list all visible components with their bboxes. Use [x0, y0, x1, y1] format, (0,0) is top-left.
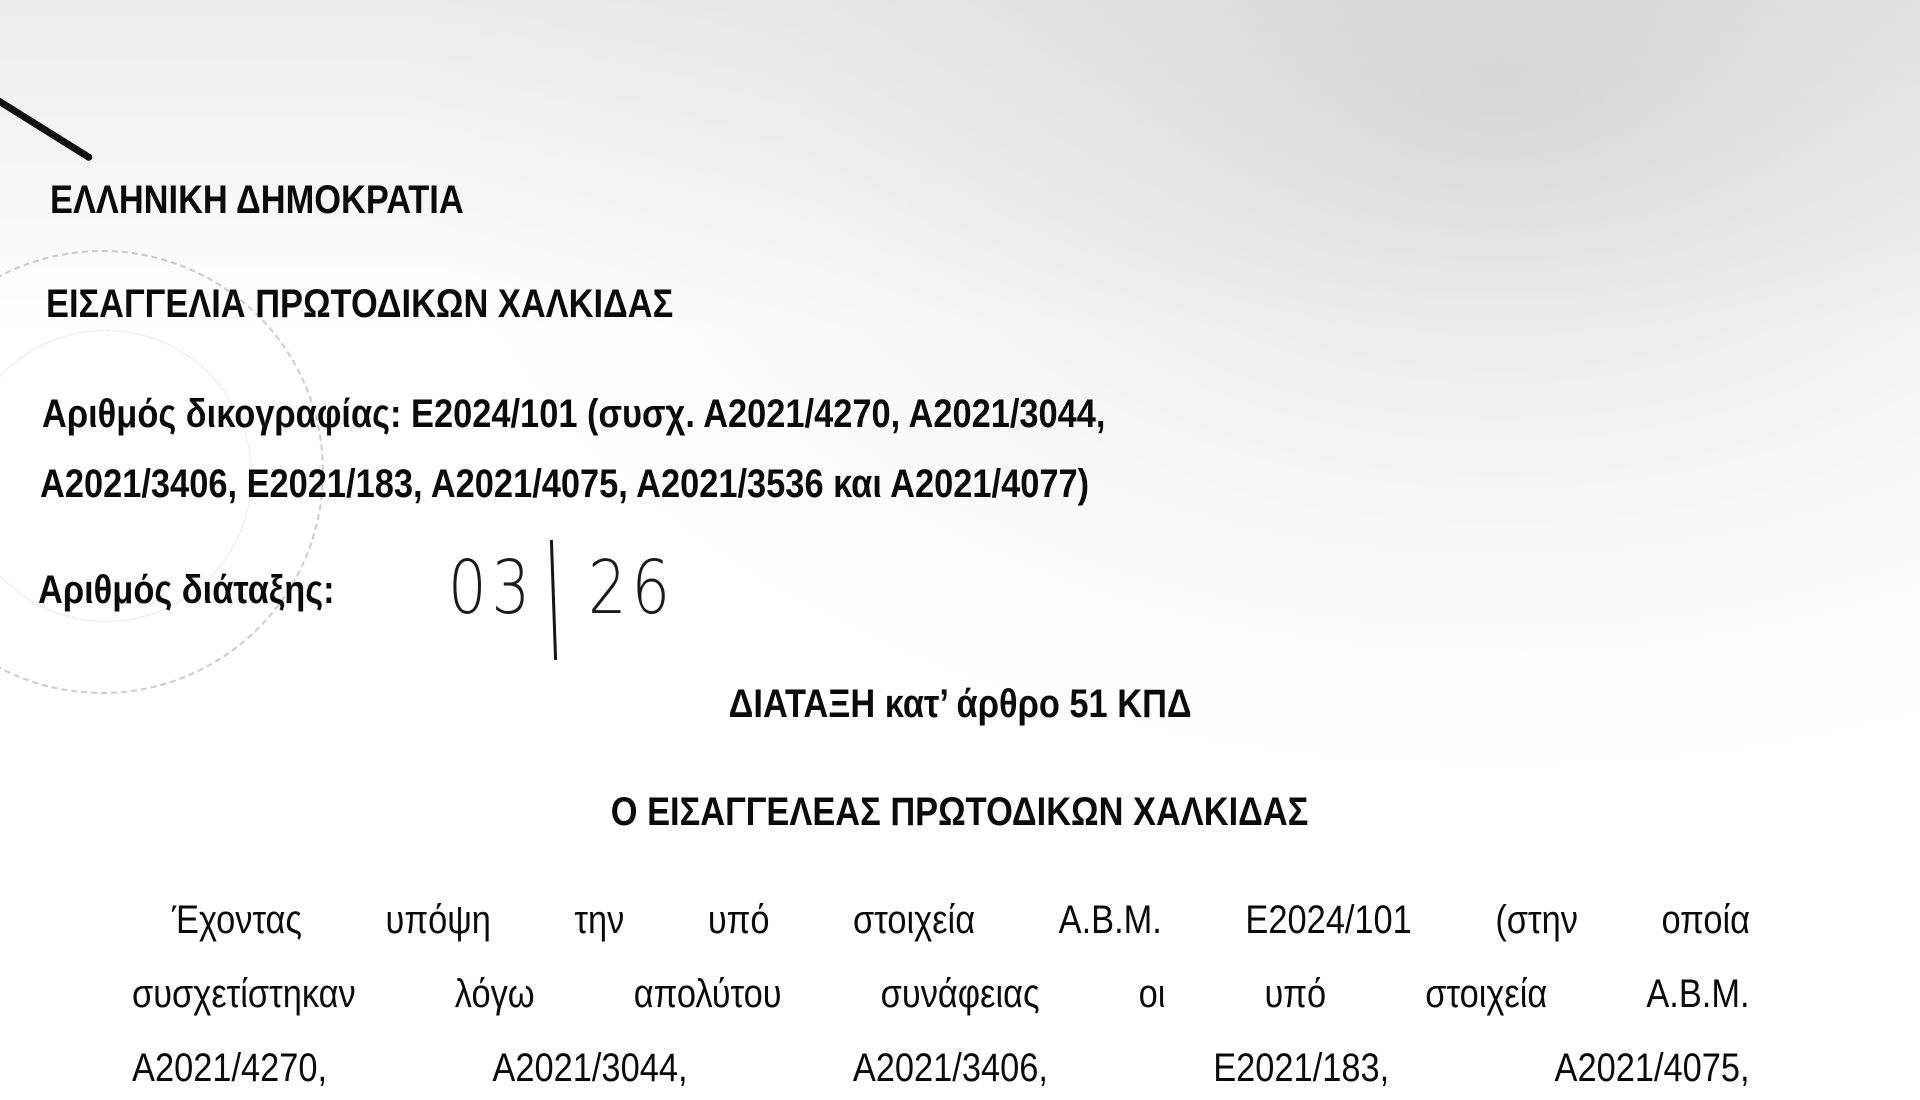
body-word: (στην [1495, 898, 1578, 943]
order-number-handwritten-left: 03 [448, 545, 535, 631]
body-word: οποία [1661, 898, 1750, 943]
header-office: ΕΙΣΑΓΓΕΛΙΑ ΠΡΩΤΟΔΙΚΩΝ ΧΑΛΚΙΔΑΣ [46, 282, 673, 327]
case-file-line-2: Α2021/3406, Ε2021/183, Α2021/4075, Α2021… [40, 462, 1089, 507]
body-word: στοιχεία [1425, 972, 1547, 1017]
document-title-text: ΔΙΑΤΑΞΗ κατ’ άρθρο 51 ΚΠΔ [729, 682, 1192, 727]
case-file-line-1: Αριθμός δικογραφίας: Ε2024/101 (συσχ. Α2… [42, 392, 1105, 437]
body-word: την [574, 898, 624, 943]
body-line-2: συσχετίστηκανλόγωαπολύτουσυνάφειαςοιυπόσ… [132, 972, 1750, 1017]
body-word: απολύτου [634, 972, 782, 1017]
body-word: Α2021/4075, [1555, 1046, 1750, 1091]
body-word: Έχοντας [172, 898, 302, 943]
body-word: Ε2021/183, [1213, 1046, 1389, 1091]
pen-mark [0, 93, 94, 163]
body-word: συνάφειας [881, 972, 1040, 1017]
body-word: στοιχεία [853, 898, 975, 943]
body-word: υπό [1264, 972, 1326, 1017]
body-word: συσχετίστηκαν [132, 972, 356, 1017]
body-word: Α2021/3044, [492, 1046, 687, 1091]
body-line-1: ΈχονταςυπόψητηνυπόστοιχείαΑ.Β.Μ.Ε2024/10… [172, 898, 1750, 943]
handwritten-divider [550, 540, 557, 660]
body-line-3: Α2021/4270,Α2021/3044,Α2021/3406,Ε2021/1… [132, 1046, 1750, 1091]
body-word: Α.Β.Μ. [1059, 898, 1162, 943]
body-word: υπόψη [386, 898, 491, 943]
body-word: λόγω [455, 972, 535, 1017]
body-word: υπό [708, 898, 770, 943]
body-word: Α2021/3406, [853, 1046, 1048, 1091]
body-word: Ε2024/101 [1245, 898, 1411, 943]
body-word: Α2021/4270, [132, 1046, 327, 1091]
body-word: Α.Β.Μ. [1646, 972, 1749, 1017]
authority-heading: Ο ΕΙΣΑΓΓΕΛΕΑΣ ΠΡΩΤΟΔΙΚΩΝ ΧΑΛΚΙΔΑΣ [0, 790, 1920, 835]
order-number-handwritten-right: 26 [588, 545, 675, 631]
document-title: ΔΙΑΤΑΞΗ κατ’ άρθρο 51 ΚΠΔ [0, 682, 1920, 727]
header-republic: ΕΛΛΗΝΙΚΗ ΔΗΜΟΚΡΑΤΙΑ [50, 178, 464, 223]
body-word: οι [1139, 972, 1166, 1017]
order-number-label: Αριθμός διάταξης: [38, 568, 335, 613]
authority-heading-text: Ο ΕΙΣΑΓΓΕΛΕΑΣ ΠΡΩΤΟΔΙΚΩΝ ΧΑΛΚΙΔΑΣ [611, 790, 1309, 835]
